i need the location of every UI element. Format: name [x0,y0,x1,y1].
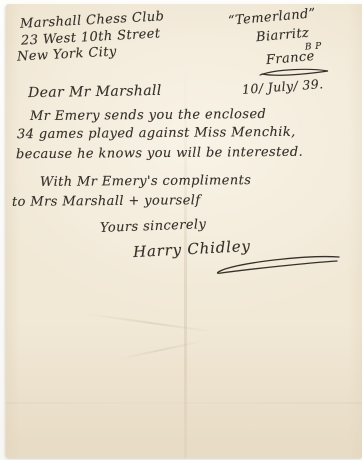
letter-scan: Marshall Chess Club 23 West 10th Street … [0,0,362,460]
diagonal-crease [86,313,215,333]
diagonal-crease [117,340,205,361]
body-line: Mr Emery sends you the enclosed [30,107,266,124]
letter-paper: Marshall Chess Club 23 West 10th Street … [6,4,362,458]
date-line: 10/ July/ 39. [242,76,324,97]
compliments-line: With Mr Emery's compliments [40,173,251,190]
horizontal-crease [6,402,362,404]
origin-country: France [265,49,315,68]
body-line: because he knows you will be interested. [16,145,303,163]
compliments-line: to Mrs Marshall + yourself [12,193,201,210]
signature-flourish-icon [211,253,343,277]
vertical-fold-crease [184,64,187,458]
salutation-line: Dear Mr Marshall [28,83,162,101]
closing-line: Yours sincerely [100,217,207,236]
body-line: 34 games played against Miss Menchik, [17,125,296,142]
origin-city: Biarritz [255,26,309,46]
